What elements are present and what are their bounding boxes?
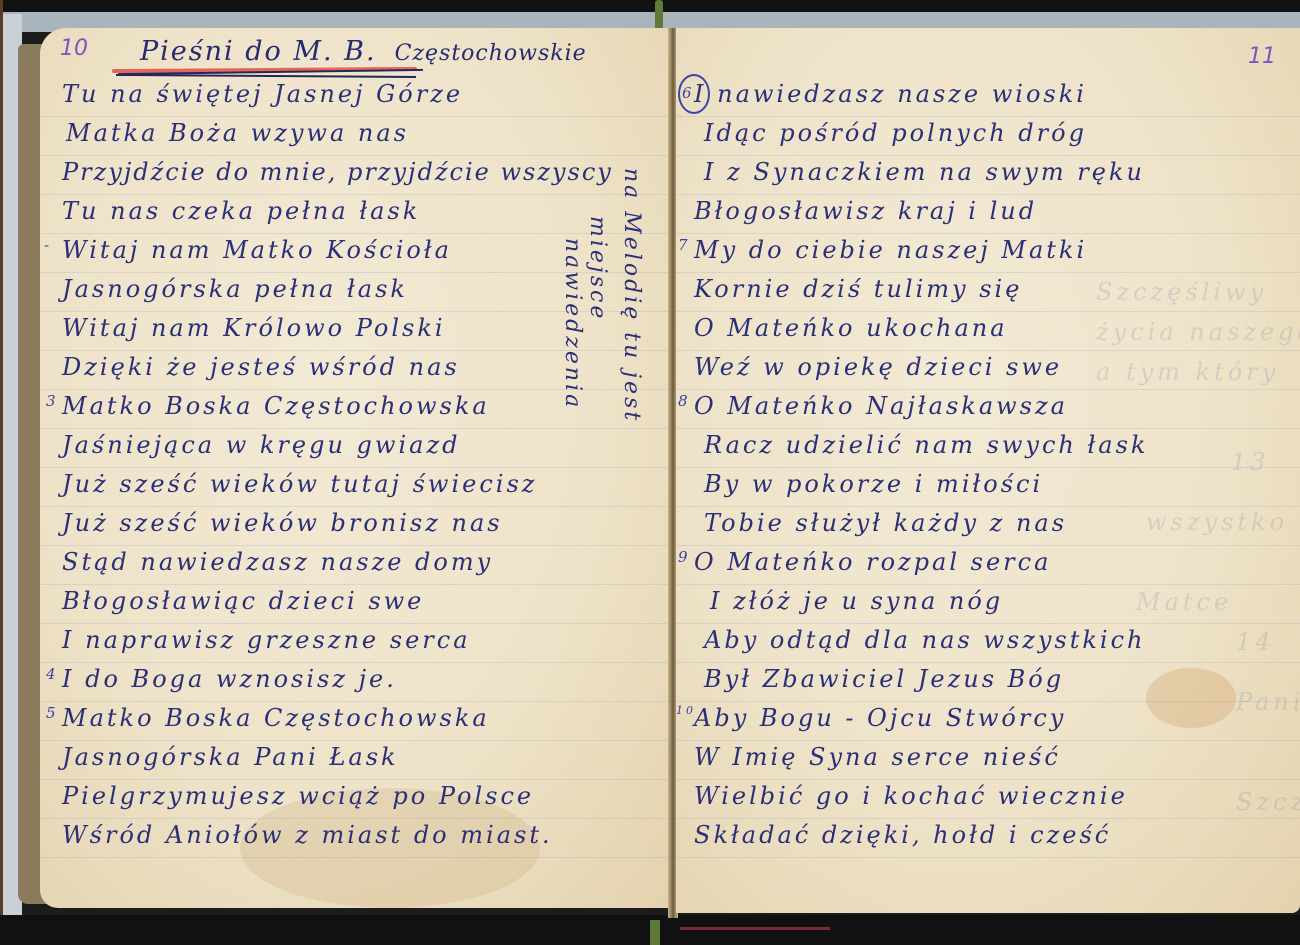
lyric-line: Błogosławiąc dzieci swe: [62, 587, 424, 615]
lyric-line: Tu na świętej Jasnej Górze: [62, 80, 463, 108]
lyric-line: Tobie służył każdy z nas: [704, 509, 1067, 537]
right-page: Szczęśliwy życia naszego a tym który 13 …: [676, 28, 1300, 913]
lyric-line: 3Matko Boska Częstochowska: [62, 392, 490, 420]
lyric-line: 5Matko Boska Częstochowska: [62, 704, 490, 732]
lyric-line: Wśród Aniołów z miast do miast.: [62, 821, 553, 849]
lyric-line: 9O Mateńko rozpal serca: [694, 548, 1051, 576]
lyric-line: Idąc pośród polnych dróg: [704, 119, 1087, 147]
lyric-line: Jasnogórska pełna łask: [62, 275, 408, 303]
left-page: 10 Pieśni do M. B.Częstochowskie Tu na ś…: [40, 28, 672, 908]
margin-note: na Melodię tu jest: [619, 168, 644, 423]
verse-number: -: [44, 236, 52, 254]
verse-number: 7: [678, 236, 691, 254]
lyric-line: W Imię Syna serce nieść: [694, 743, 1061, 771]
margin-note: miejsce: [585, 216, 610, 321]
lyric-line: Weź w opiekę dzieci swe: [694, 353, 1062, 381]
verse-number: 8: [678, 392, 691, 410]
verse-number: 6: [682, 84, 695, 102]
lyric-line: Pielgrzymujesz wciąż po Polsce: [62, 782, 534, 810]
margin-note: nawiedzenia: [560, 238, 585, 410]
lyric-line: Był Zbawiciel Jezus Bóg: [704, 665, 1064, 693]
lyrics-block: Tu na świętej Jasnej Górze Matka Boża wz…: [40, 28, 672, 908]
lyric-line: O Mateńko ukochana: [694, 314, 1008, 342]
lyric-line: Już sześć wieków tutaj świecisz: [62, 470, 537, 498]
lyric-line: 8O Mateńko Najłaskawsza: [694, 392, 1068, 420]
lyrics-block: 6I nawiedzasz nasze wioski Idąc pośród p…: [676, 28, 1300, 908]
lyric-line: Racz udzielić nam swych łask: [704, 431, 1148, 459]
verse-number: 10: [676, 704, 696, 717]
lyric-line: 10Aby Bogu - Ojcu Stwórcy: [694, 704, 1066, 732]
lyric-line: I naprawisz grzeszne serca: [62, 626, 471, 654]
lyric-line: Jasnogórska Pani Łask: [62, 743, 399, 771]
lyric-line: Aby odtąd dla nas wszystkich: [704, 626, 1145, 654]
lyric-line: I z Synaczkiem na swym ręku: [704, 158, 1145, 186]
lyric-line: Przyjdźcie do mnie, przyjdźcie wszyscy: [62, 158, 613, 186]
lyric-line: -Witaj nam Matko Kościoła: [62, 236, 452, 264]
lyric-line: Tu nas czeka pełna łask: [62, 197, 420, 225]
lyric-line: Stąd nawiedzasz nasze domy: [62, 548, 493, 576]
lyric-line: Kornie dziś tulimy się: [694, 275, 1022, 303]
lyric-line: I złóż je u syna nóg: [710, 587, 1003, 615]
bookmark-ribbon-top: [655, 0, 663, 30]
lyric-line: Witaj nam Królowo Polski: [62, 314, 446, 342]
lyric-line: 6I nawiedzasz nasze wioski: [694, 80, 1087, 108]
lyric-line: Matka Boża wzywa nas: [66, 119, 409, 147]
lyric-line: Składać dzięki, hołd i cześć: [694, 821, 1111, 849]
bookmark-ribbon-red: [680, 927, 830, 930]
verse-number: 3: [46, 392, 59, 410]
lyric-line: Już sześć wieków bronisz nas: [62, 509, 503, 537]
lyric-line: Wielbić go i kochać wiecznie: [694, 782, 1128, 810]
verse-number: 5: [46, 704, 59, 722]
lyric-line: Błogosławisz kraj i lud: [694, 197, 1037, 225]
lyric-line: Dzięki że jesteś wśród nas: [62, 353, 460, 381]
verse-number: 4: [46, 665, 59, 683]
lyric-line: Jaśniejąca w kręgu gwiazd: [62, 431, 460, 459]
lyric-line: By w pokorze i miłości: [704, 470, 1043, 498]
lyric-line: 7My do ciebie naszej Matki: [694, 236, 1087, 264]
bookmark-ribbon-bottom: [650, 920, 660, 945]
frame-edge: [0, 0, 3, 945]
lyric-line: 4I do Boga wznosisz je.: [62, 665, 397, 693]
verse-number: 9: [678, 548, 691, 566]
